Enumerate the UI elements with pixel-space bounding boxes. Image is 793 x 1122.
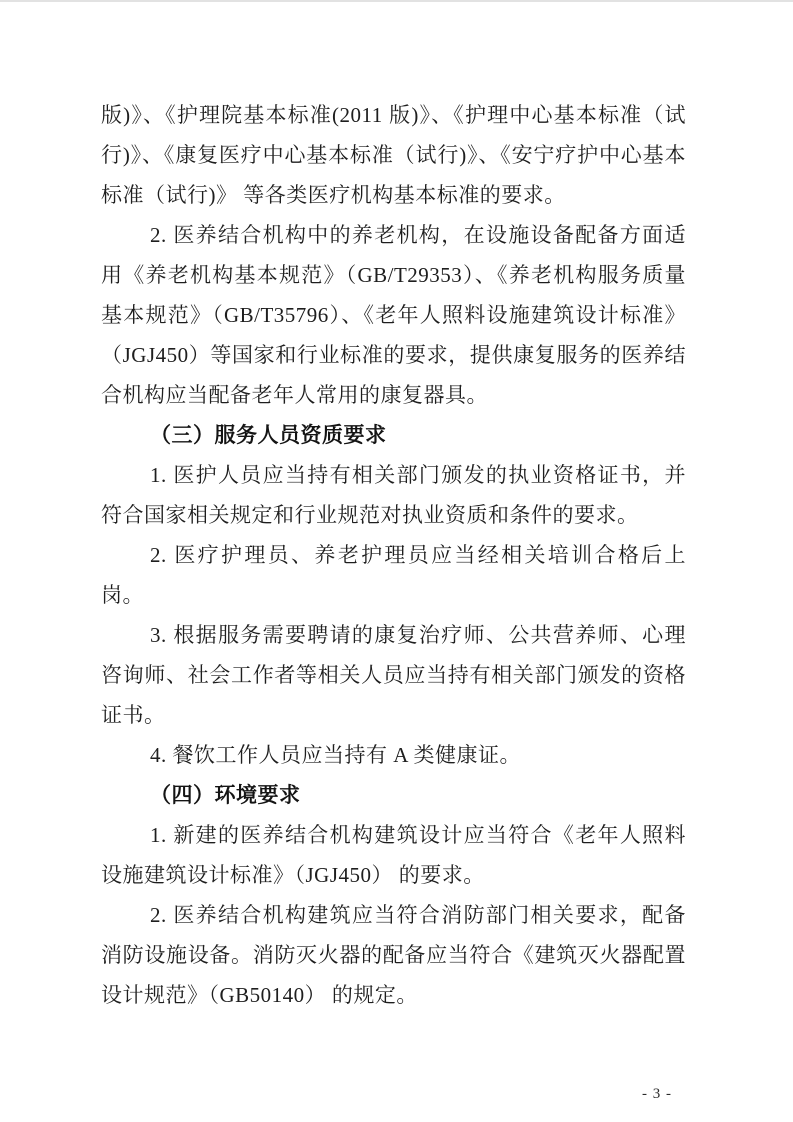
paragraph-catering-health-cert: 4. 餐饮工作人员应当持有 A 类健康证。 [101, 735, 686, 775]
section-heading-environment-requirements: （四）环境要求 [101, 775, 686, 815]
scan-edge-line [0, 0, 793, 2]
paragraph-facilities-elderly: 2. 医养结合机构中的养老机构，在设施设备配备方面适用《养老机构基本规范》（GB… [101, 215, 686, 415]
paragraph-continuation: 版)》、《护理院基本标准(2011 版)》、《护理中心基本标准（试行)》、《康复… [101, 95, 686, 215]
paragraph-new-building-design-standard: 1. 新建的医养结合机构建筑设计应当符合《老年人照料设施建筑设计标准》（JGJ4… [101, 815, 686, 895]
document-body: 版)》、《护理院基本标准(2011 版)》、《护理中心基本标准（试行)》、《康复… [101, 95, 686, 1015]
paragraph-medical-staff-certs: 1. 医护人员应当持有相关部门颁发的执业资格证书，并符合国家相关规定和行业规范对… [101, 455, 686, 535]
paragraph-fire-safety-requirements: 2. 医养结合机构建筑应当符合消防部门相关要求，配备消防设施设备。消防灭火器的配… [101, 895, 686, 1015]
paragraph-nursing-aides-training: 2. 医疗护理员、养老护理员应当经相关培训合格后上岗。 [101, 535, 686, 615]
paragraph-hired-specialists-certs: 3. 根据服务需要聘请的康复治疗师、公共营养师、心理咨询师、社会工作者等相关人员… [101, 615, 686, 735]
document-page: 版)》、《护理院基本标准(2011 版)》、《护理中心基本标准（试行)》、《康复… [0, 0, 793, 1122]
section-heading-staff-qualifications: （三）服务人员资质要求 [101, 415, 686, 455]
page-number: - 3 - [642, 1084, 672, 1104]
